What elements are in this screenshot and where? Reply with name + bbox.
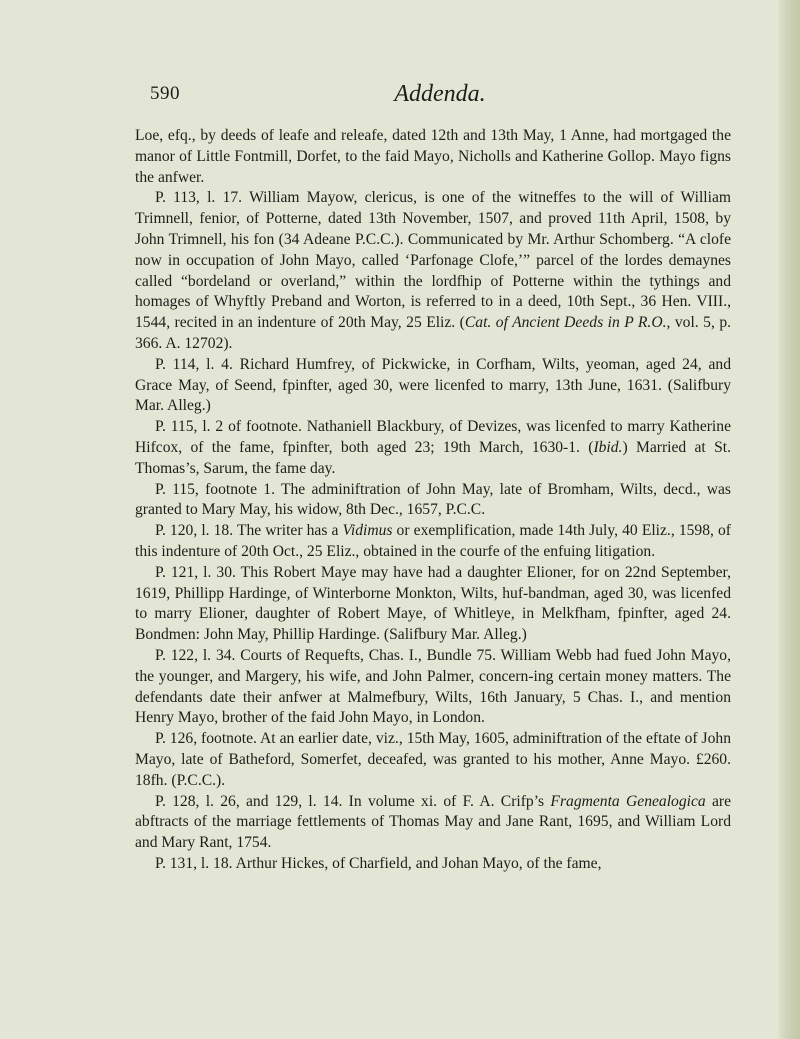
text-segment: P. 114, l. 4. Richard Humfrey, of Pickwi… bbox=[135, 356, 731, 415]
paragraph-p131: P. 131, l. 18. Arthur Hickes, of Charfie… bbox=[135, 854, 731, 875]
running-title: Addenda. bbox=[150, 81, 730, 108]
paragraph-p115-footnote1: P. 115, footnote 1. The adminiftration o… bbox=[135, 480, 731, 522]
text-segment: P. 113, l. 17. William Mayow, clericus, … bbox=[135, 189, 731, 331]
paragraph-p128: P. 128, l. 26, and 129, l. 14. In volume… bbox=[135, 792, 731, 854]
italic-fragmenta-genealogica: Fragmenta Genealogica bbox=[550, 793, 705, 810]
text-segment: P. 126, footnote. At an earlier date, vi… bbox=[135, 730, 731, 789]
paragraph-p113: P. 113, l. 17. William Mayow, clericus, … bbox=[135, 188, 731, 354]
text-segment: P. 120, l. 18. The writer has a bbox=[155, 522, 343, 539]
paragraph-p121: P. 121, l. 30. This Robert Maye may have… bbox=[135, 563, 731, 646]
text-segment: P. 131, l. 18. Arthur Hickes, of Charfie… bbox=[155, 855, 602, 872]
text-segment: P. 122, l. 34. Courts of Requefts, Chas.… bbox=[135, 647, 731, 726]
paragraph-loe-deeds: Loe, efq., by deeds of leafe and releafe… bbox=[135, 126, 731, 188]
text-segment: P. 128, l. 26, and 129, l. 14. In volume… bbox=[155, 793, 550, 810]
page-edge-shadow bbox=[778, 0, 800, 1039]
text-segment: P. 115, footnote 1. The adminiftration o… bbox=[135, 481, 731, 519]
paragraph-p120: P. 120, l. 18. The writer has a Vidimus … bbox=[135, 521, 731, 563]
italic-vidimus: Vidimus bbox=[343, 522, 393, 539]
text-segment: Loe, efq., by deeds of leafe and releafe… bbox=[135, 127, 731, 186]
italic-ibid: Ibid. bbox=[593, 439, 622, 456]
paragraph-p126: P. 126, footnote. At an earlier date, vi… bbox=[135, 729, 731, 791]
paragraph-p122: P. 122, l. 34. Courts of Requefts, Chas.… bbox=[135, 646, 731, 729]
paragraph-p115-footnote-line2: P. 115, l. 2 of footnote. Nathaniell Bla… bbox=[135, 417, 731, 479]
page-header: 590 Addenda. bbox=[150, 83, 730, 113]
paragraph-p114: P. 114, l. 4. Richard Humfrey, of Pickwi… bbox=[135, 355, 731, 417]
text-segment: P. 121, l. 30. This Robert Maye may have… bbox=[135, 564, 731, 643]
italic-citation: Cat. of Ancient Deeds in P R.O. bbox=[465, 314, 667, 331]
body-text: Loe, efq., by deeds of leafe and releafe… bbox=[135, 126, 731, 875]
